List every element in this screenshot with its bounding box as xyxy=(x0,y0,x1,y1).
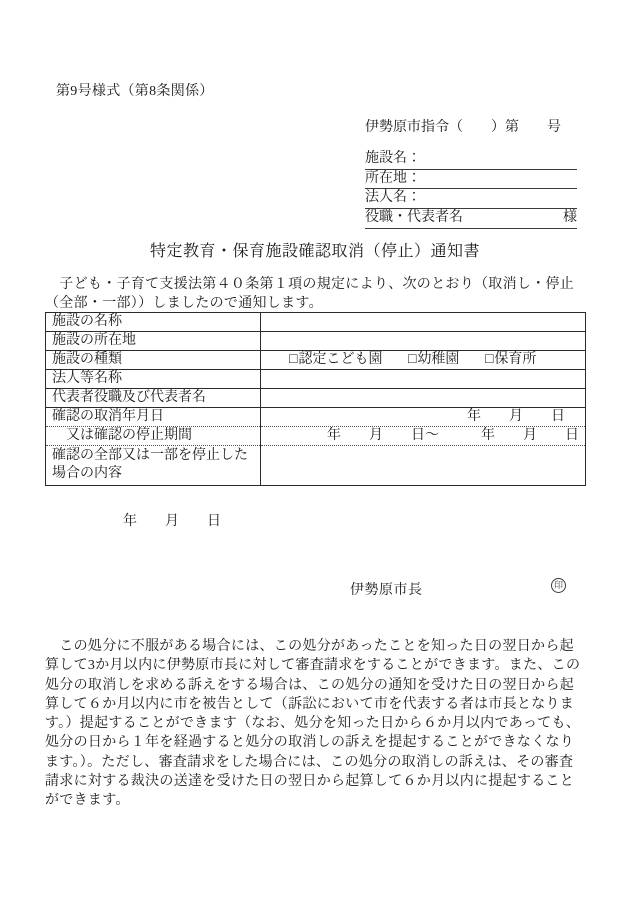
address-field[interactable]: 所在地： xyxy=(365,170,577,190)
row-label-facility-type: 施設の種類 xyxy=(46,351,261,370)
document-title: 特定教育・保育施設確認取消（停止）通知書 xyxy=(0,238,630,261)
table-row: 確認の全部又は一部を停止した場合の内容 xyxy=(46,446,586,486)
directive-number: 伊勢原市指令（ ）第 号 xyxy=(365,116,561,136)
corporation-label: 法人名： xyxy=(365,190,421,205)
intro-paragraph: 子ども・子育て支援法第４０条第１項の規定により、次のとおり（取消し・停止 （全部… xyxy=(45,275,593,313)
row-value-suspension-detail[interactable] xyxy=(261,446,586,486)
honorific-label: 様 xyxy=(563,209,577,228)
legal-line: この処分に不服がある場合には、この処分があったことを知った日の翌日から起 xyxy=(45,637,597,656)
legal-line: 処分の日から１年を経過すると処分の取消しの訴えを提起することができなくなり xyxy=(45,733,597,752)
row-label-facility-address: 施設の所在地 xyxy=(46,332,261,351)
row-value-facility-name[interactable] xyxy=(261,313,586,332)
table-row: 施設の種類 □認定こども園 □幼稚園 □保育所 xyxy=(46,351,586,370)
row-label-suspension-period: 又は確認の停止期間 xyxy=(46,427,261,446)
checkbox-label: 認定こども園 xyxy=(298,352,382,367)
row-label-cancel-date: 確認の取消年月日 xyxy=(46,408,261,427)
checkbox-label: 幼稚園 xyxy=(417,352,459,367)
checkbox-label: 保育所 xyxy=(494,352,536,367)
recipient-block: 施設名： 所在地： 法人名： 役職・代表者名 様 xyxy=(365,150,577,229)
checkbox-yochien[interactable]: □幼稚園 xyxy=(408,352,459,367)
legal-line: 請求に対する裁決の送達を受けた日の翌日から起算して６か月以内に提起すること xyxy=(45,772,597,791)
representative-field[interactable]: 役職・代表者名 様 xyxy=(365,209,577,229)
legal-line: す。）提起することができます（なお、処分を知った日から６か月以内であっても、 xyxy=(45,714,597,733)
table-row: 確認の取消年月日 年 月 日 xyxy=(46,408,586,427)
table-row: 施設の所在地 xyxy=(46,332,586,351)
intro-line: （全部・一部））しましたので通知します。 xyxy=(45,294,593,313)
facility-type-options: □認定こども園 □幼稚園 □保育所 xyxy=(261,351,586,370)
table-row: 又は確認の停止期間 年 月 日～ 年 月 日 xyxy=(46,427,586,446)
representative-label: 役職・代表者名 xyxy=(365,209,463,228)
checkbox-hoikusho[interactable]: □保育所 xyxy=(485,352,536,367)
row-value-representative[interactable] xyxy=(261,389,586,408)
row-label-suspension-detail: 確認の全部又は一部を停止した場合の内容 xyxy=(46,446,261,486)
legal-line: 算して６か月以内に市を被告として（訴訟において市を代表する者は市長となりま xyxy=(45,695,597,714)
row-label-representative: 代表者役職及び代表者名 xyxy=(46,389,261,408)
checkbox-icon: □ xyxy=(485,352,493,367)
document-page: 第9号様式（第8条関係） 伊勢原市指令（ ）第 号 施設名： 所在地： 法人名：… xyxy=(0,0,630,915)
checkbox-icon: □ xyxy=(289,352,297,367)
row-value-corporation-name[interactable] xyxy=(261,370,586,389)
row-value-facility-address[interactable] xyxy=(261,332,586,351)
checkbox-nintei-kodomoen[interactable]: □認定こども園 xyxy=(289,352,382,367)
row-value-suspension-period[interactable]: 年 月 日～ 年 月 日 xyxy=(261,427,586,446)
checkbox-icon: □ xyxy=(408,352,416,367)
legal-line: ます。）。ただし、審査請求をした場合には、この処分の取消しの訴えは、その審査 xyxy=(45,753,597,772)
row-label-facility-name: 施設の名称 xyxy=(46,313,261,332)
facility-name-field[interactable]: 施設名： xyxy=(365,150,577,170)
issue-date[interactable]: 年 月 日 xyxy=(123,510,221,530)
form-number: 第9号様式（第8条関係） xyxy=(56,80,214,100)
table-row: 施設の名称 xyxy=(46,313,586,332)
legal-notice: この処分に不服がある場合には、この処分があったことを知った日の翌日から起 算して… xyxy=(45,637,597,811)
legal-line: 処分の取消しを求める訴えをする場合は、この処分の通知を受けた日の翌日から起 xyxy=(45,676,597,695)
notice-table: 施設の名称 施設の所在地 施設の種類 □認定こども園 □幼稚園 □保育所 法人等… xyxy=(45,312,586,486)
legal-line: 算して3か月以内に伊勢原市長に対して審査請求をすることができます。また、この xyxy=(45,656,597,675)
intro-line: 子ども・子育て支援法第４０条第１項の規定により、次のとおり（取消し・停止 xyxy=(45,275,593,294)
table-row: 法人等名称 xyxy=(46,370,586,389)
row-label-corporation-name: 法人等名称 xyxy=(46,370,261,389)
seal-icon: 印 xyxy=(551,578,566,593)
corporation-field[interactable]: 法人名： xyxy=(365,189,577,209)
table-row: 代表者役職及び代表者名 xyxy=(46,389,586,408)
seal-text: 印 xyxy=(554,581,563,590)
row-value-cancel-date[interactable]: 年 月 日 xyxy=(261,408,586,427)
facility-name-label: 施設名： xyxy=(365,151,421,166)
signer-name: 伊勢原市長 xyxy=(350,579,423,599)
address-label: 所在地： xyxy=(365,171,421,186)
legal-line: ができます。 xyxy=(45,791,597,810)
